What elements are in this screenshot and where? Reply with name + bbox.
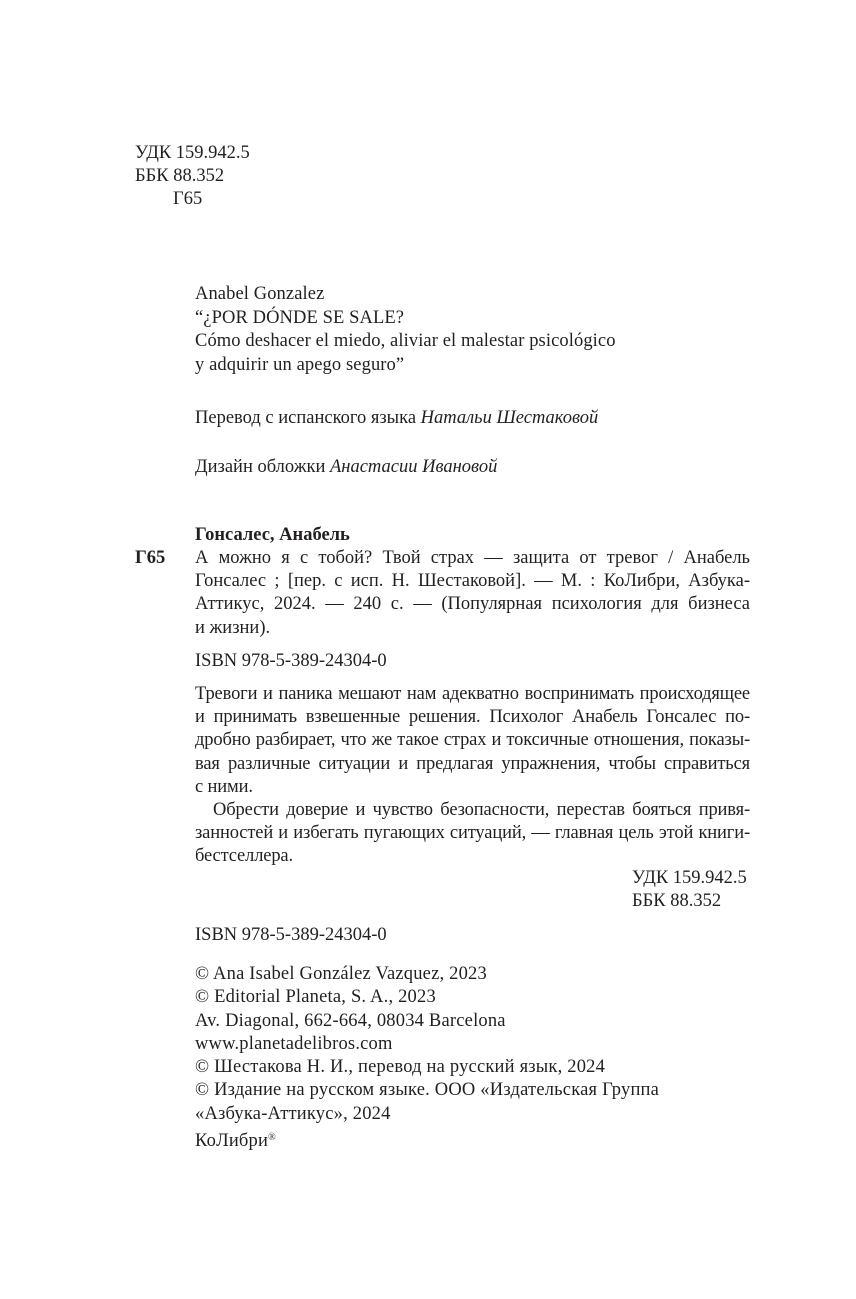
translator-prefix: Перевод с испанского языка (195, 408, 421, 428)
original-title-line: “¿POR DÓNDE SE SALE? (195, 307, 616, 331)
annotation-line: вая различные ситуации и предлагая упраж… (195, 753, 750, 776)
catalog-description-line: и жизни). (195, 617, 750, 640)
original-author: Anabel Gonzalez (195, 283, 616, 307)
original-title-line: y adquirir un apego seguro” (195, 354, 616, 378)
catalog-description: А можно я с тобой? Твой страх — защита о… (195, 547, 750, 640)
catalog-author-heading: Гонсалес, Анабель (195, 524, 350, 547)
catalog-description-line: Аттикус, 2024. — 240 с. — (Популярная пс… (195, 593, 750, 616)
translator-name: Натальи Шестаковой (421, 408, 599, 428)
copyright-line: © Ana Isabel González Vazquez, 2023 (195, 963, 659, 986)
annotation-line: занностей и избегать пугающих ситуаций, … (195, 822, 750, 845)
catalog-description-line: Гонсалес ; [пер. с исп. Н. Шестаковой]. … (195, 570, 750, 593)
copyright-line: «Азбука-Аттикус», 2024 (195, 1103, 659, 1126)
annotation-line: с ними. (195, 776, 750, 799)
bbk-code: ББК 88.352 (632, 890, 747, 913)
annotation-line: Тревоги и паника мешают нам адекватно во… (195, 683, 750, 706)
udk-code: УДК 159.942.5 (632, 867, 747, 890)
annotation-line: Обрести доверие и чувство безопасности, … (195, 799, 750, 822)
cover-prefix: Дизайн обложки (195, 457, 330, 477)
bbk-code: ББК 88.352 (135, 165, 250, 188)
udk-code: УДК 159.942.5 (135, 142, 250, 165)
cover-designer-name: Анастасии Ивановой (330, 457, 497, 477)
translator-credit: Перевод с испанского языка Натальи Шеста… (195, 407, 598, 430)
isbn: ISBN 978-5-389-24304-0 (195, 924, 387, 947)
catalog-author-mark: Г65 (135, 547, 165, 570)
publisher-website: www.planetadelibros.com (195, 1033, 659, 1056)
imprint: КоЛибри® (195, 1126, 659, 1149)
classification-codes-bottom: УДК 159.942.5 ББК 88.352 (632, 867, 747, 913)
original-title-line: Cómo deshacer el miedo, aliviar el males… (195, 330, 616, 354)
author-mark: Г65 (135, 188, 250, 211)
annotation-line: и принимать взвешенные решения. Психолог… (195, 706, 750, 729)
registered-mark-icon: ® (268, 1132, 276, 1143)
publisher-address: Av. Diagonal, 662-664, 08034 Barcelona (195, 1010, 659, 1033)
annotation-line: дробно разбирает, что же такое страх и т… (195, 729, 750, 752)
catalog-description-line: А можно я с тобой? Твой страх — защита о… (195, 547, 750, 570)
classification-codes-top: УДК 159.942.5 ББК 88.352 Г65 (135, 142, 250, 211)
cover-design-credit: Дизайн обложки Анастасии Ивановой (195, 456, 497, 479)
copyright-line: © Шестакова Н. И., перевод на русский яз… (195, 1056, 659, 1079)
annotation-line: бестселлера. (195, 845, 750, 868)
annotation: Тревоги и паника мешают нам адекватно во… (195, 683, 750, 869)
copyright-line: © Издание на русском языке. ООО «Издател… (195, 1079, 659, 1102)
copyright-line: © Editorial Planeta, S. A., 2023 (195, 986, 659, 1009)
original-edition-block: Anabel Gonzalez “¿POR DÓNDE SE SALE? Cóm… (195, 283, 616, 377)
imprint-name: КоЛибри (195, 1131, 268, 1151)
copyright-block: © Ana Isabel González Vazquez, 2023 © Ed… (195, 963, 659, 1149)
catalog-isbn: ISBN 978-5-389-24304-0 (195, 650, 387, 673)
